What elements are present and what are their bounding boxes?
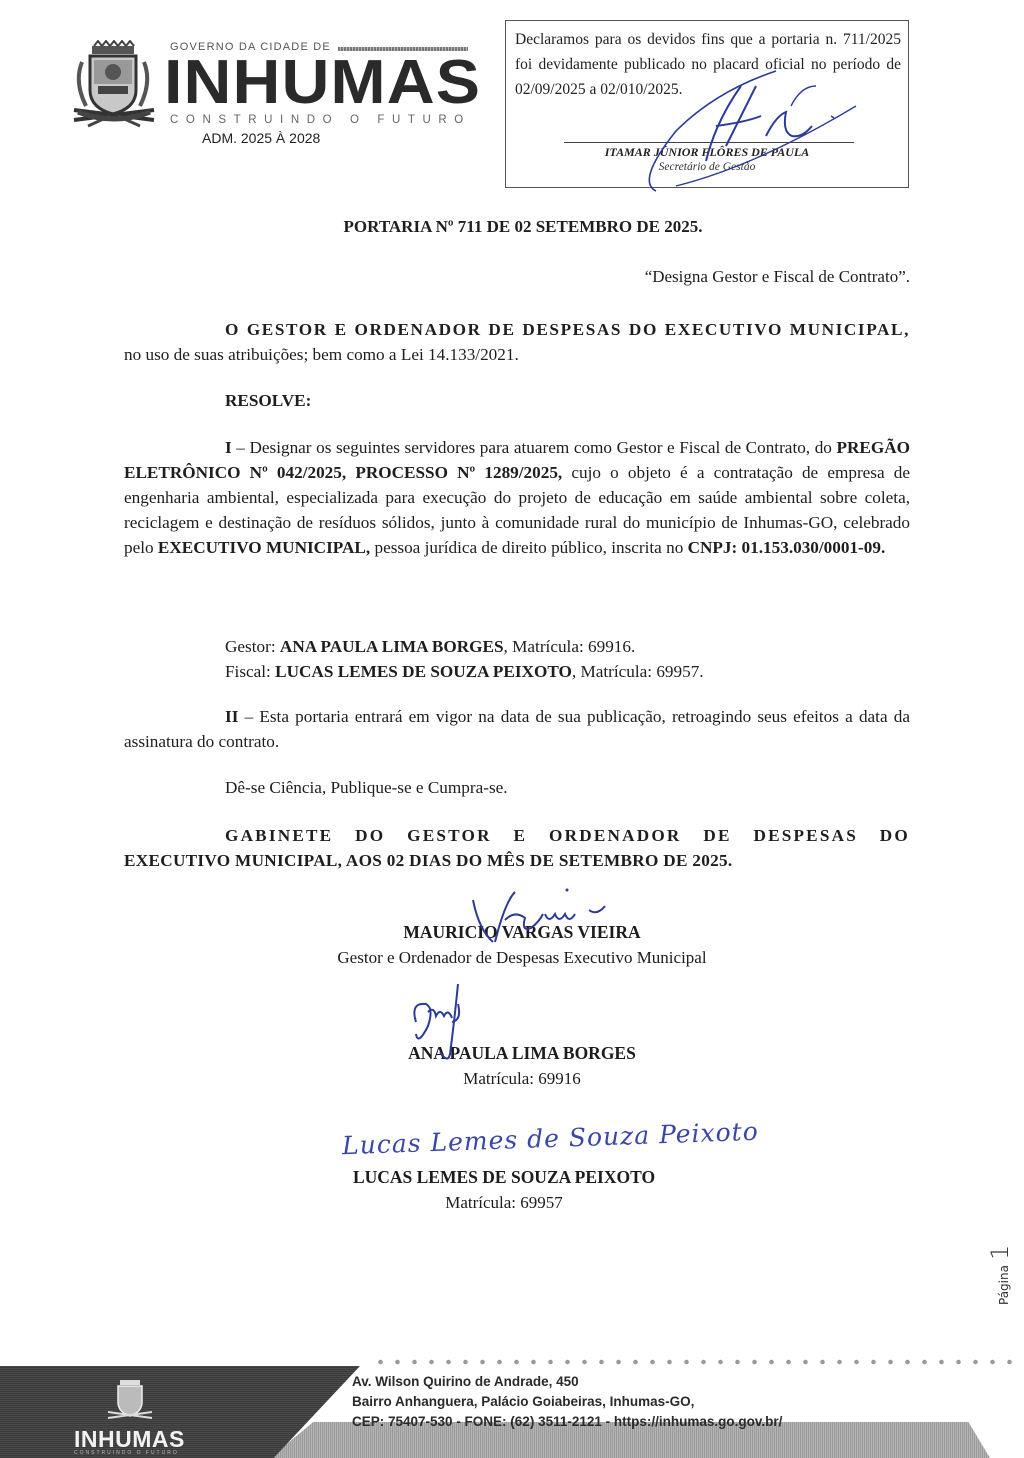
preamble-paragraph: O GESTOR E ORDENADOR DE DESPESAS DO EXEC…: [124, 317, 910, 367]
city-logo: GOVERNO DA CIDADE DE INHUMAS CONSTRUINDO…: [66, 30, 476, 150]
city-name: INHUMAS: [164, 52, 481, 114]
page-number-value: 1: [986, 1245, 1014, 1260]
appointee-role: Fiscal:: [225, 662, 275, 681]
city-slogan: CONSTRUINDO O FUTURO: [170, 114, 471, 126]
article-2-text: – Esta portaria entrará em vigor na data…: [124, 707, 910, 751]
cabinet-paragraph: GABINETE DO GESTOR E ORDENADOR DE DESPES…: [124, 823, 910, 873]
appointee-list: Gestor: ANA PAULA LIMA BORGES, Matrícula…: [225, 634, 1011, 684]
cabinet-heading: GABINETE DO GESTOR E ORDENADOR DE DESPES…: [225, 826, 910, 845]
article-1-text: – Designar os seguintes servidores para …: [232, 438, 837, 457]
article-1: I – Designar os seguintes servidores par…: [124, 435, 910, 560]
signer-name: LUCAS LEMES DE SOUZA PEIXOTO: [0, 1165, 1024, 1190]
article-1-number: I: [225, 438, 232, 457]
preamble-text: no uso de suas atribuições; bem como a L…: [124, 345, 519, 364]
footer: INHUMAS CONSTRUINDO O FUTURO Av. Wilson …: [0, 1352, 1024, 1458]
preamble-authority: O GESTOR E ORDENADOR DE DESPESAS DO EXEC…: [225, 320, 910, 339]
appointee-registration: , Matrícula: 69916.: [504, 637, 636, 656]
appointee-registration: , Matrícula: 69957.: [572, 662, 704, 681]
stamp-signer-name: ITAMAR JÚNIOR FLÔRES DE PAULA: [506, 145, 908, 160]
article-1-text-2: pessoa jurídica de direito público, insc…: [370, 538, 687, 557]
article-2: II – Esta portaria entrará em vigor na d…: [124, 704, 910, 754]
signature-block-manager: ANA PAULA LIMA BORGES Matrícula: 69916: [0, 1041, 1024, 1091]
handwritten-signature: Lucas Lemes de Souza Peixoto: [342, 1117, 760, 1161]
footer-city-name: INHUMAS: [74, 1426, 185, 1453]
stamp-signer-role: Secretário de Gestão: [506, 161, 908, 173]
document-summary: “Designa Gestor e Fiscal de Contrato”.: [124, 264, 910, 289]
address-district: Bairro Anhanguera, Palácio Goiabeiras, I…: [352, 1392, 782, 1412]
article-2-number: II: [225, 707, 238, 726]
appointee-role: Gestor:: [225, 637, 280, 656]
footer-dot-pattern: [372, 1358, 1012, 1366]
signature-line: [564, 142, 854, 143]
footer-slogan: CONSTRUINDO O FUTURO: [74, 1450, 179, 1456]
document-title: PORTARIA Nº 711 DE 02 SETEMBRO DE 2025.: [130, 214, 916, 239]
appointee-name: ANA PAULA LIMA BORGES: [280, 637, 504, 656]
stamp-declaration: Declaramos para os devidos fins que a po…: [515, 27, 901, 102]
signature-block-mayor: MAURICIO VARGAS VIEIRA Gestor e Ordenado…: [0, 920, 1024, 970]
signer-title: Gestor e Ordenador de Despesas Executivo…: [0, 945, 1024, 970]
signer-name: MAURICIO VARGAS VIEIRA: [0, 920, 1024, 945]
municipal-coat-of-arms-icon: [70, 40, 158, 132]
signature-block-inspector: LUCAS LEMES DE SOUZA PEIXOTO Matrícula: …: [0, 1165, 1024, 1215]
page-number: Página 1: [986, 1245, 1014, 1305]
footer-address: Av. Wilson Quirino de Andrade, 450 Bairr…: [352, 1372, 782, 1432]
closing-formula: Dê-se Ciência, Publique-se e Cumpra-se.: [225, 775, 1011, 800]
cnpj-number: CNPJ: 01.153.030/0001-09.: [688, 538, 886, 557]
appointee-manager: Gestor: ANA PAULA LIMA BORGES, Matrícula…: [225, 634, 1011, 659]
municipal-coat-of-arms-icon: [100, 1376, 160, 1426]
resolve-heading: RESOLVE:: [225, 388, 1011, 413]
appointee-inspector: Fiscal: LUCAS LEMES DE SOUZA PEIXOTO, Ma…: [225, 659, 1011, 684]
contracting-entity: EXECUTIVO MUNICIPAL,: [158, 538, 370, 557]
address-street: Av. Wilson Quirino de Andrade, 450: [352, 1372, 782, 1392]
page-label: Página: [997, 1265, 1011, 1305]
publication-stamp: Declaramos para os devidos fins que a po…: [505, 20, 909, 188]
signer-name: ANA PAULA LIMA BORGES: [0, 1041, 1024, 1066]
appointee-name: LUCAS LEMES DE SOUZA PEIXOTO: [275, 662, 572, 681]
administration-period: ADM. 2025 À 2028: [202, 130, 320, 146]
cabinet-date: EXECUTIVO MUNICIPAL, AOS 02 DIAS DO MÊS …: [124, 851, 732, 870]
signer-registration: Matrícula: 69916: [0, 1066, 1024, 1091]
address-contact[interactable]: CEP: 75407-530 - FONE: (62) 3511-2121 - …: [352, 1412, 782, 1432]
signer-registration: Matrícula: 69957: [0, 1190, 1024, 1215]
